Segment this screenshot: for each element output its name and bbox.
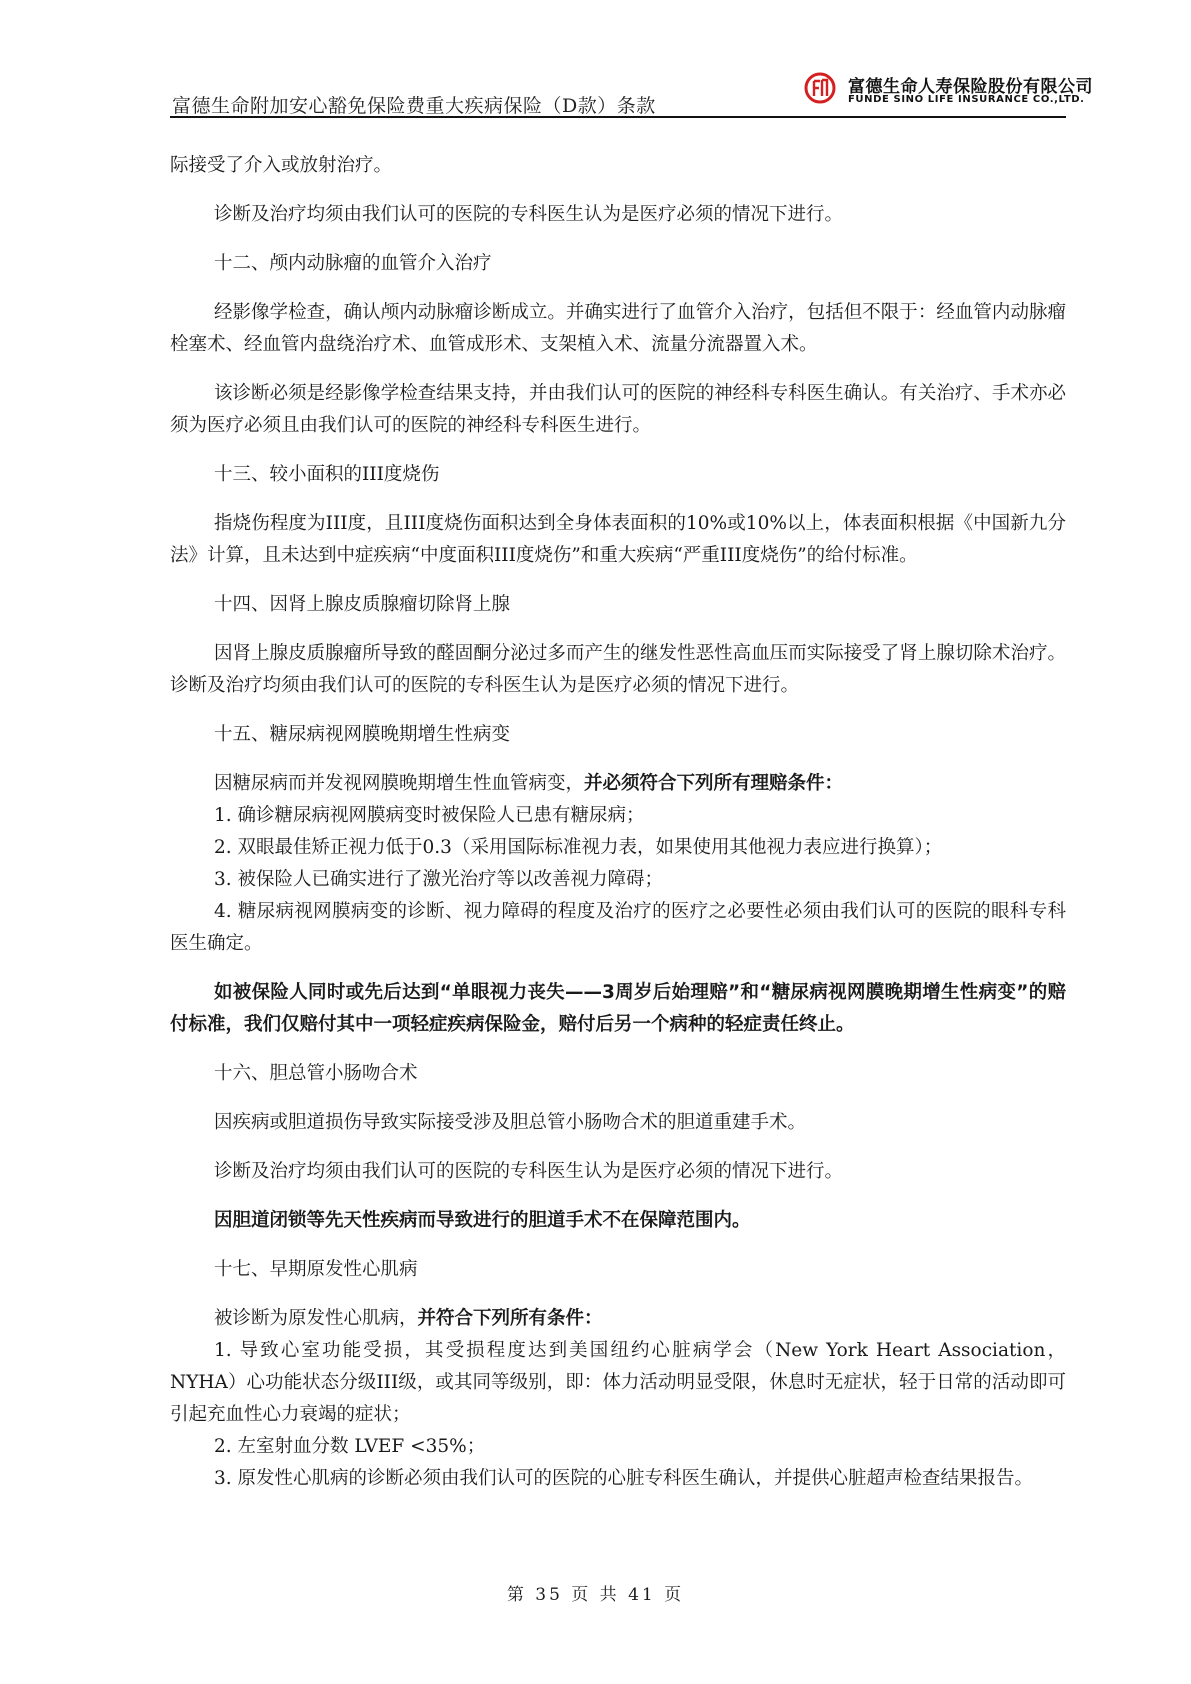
funde-logo-icon (804, 72, 836, 104)
list-item: 4. 糖尿病视网膜病变的诊断、视力障碍的程度及治疗的医疗之必要性必须由我们认可的… (170, 896, 1066, 960)
company-logo: 富德生命人寿保险股份有限公司 FUNDE SINO LIFE INSURANCE… (804, 72, 1066, 112)
section-heading-16: 十六、胆总管小肠吻合术 (170, 1058, 1066, 1090)
section-heading-15: 十五、糖尿病视网膜晚期增生性病变 (170, 719, 1066, 751)
paragraph: 因糖尿病而并发视网膜晚期增生性血管病变，并必须符合下列所有理赔条件： (170, 768, 1066, 800)
document-title: 富德生命附加安心豁免保险费重大疾病保险（D款）条款 (172, 91, 656, 118)
section-heading-12: 十二、颅内动脉瘤的血管介入治疗 (170, 248, 1066, 280)
paragraph: 该诊断必须是经影像学检查结果支持，并由我们认可的医院的神经科专科医生确认。有关治… (170, 378, 1066, 442)
section-heading-14: 十四、因肾上腺皮质腺瘤切除肾上腺 (170, 589, 1066, 621)
section-heading-17: 十七、早期原发性心肌病 (170, 1254, 1066, 1286)
header-divider (170, 116, 1066, 118)
bold-notice: 因胆道闭锁等先天性疾病而导致进行的胆道手术不在保障范围内。 (170, 1205, 1066, 1237)
paragraph-text: 因糖尿病而并发视网膜晚期增生性血管病变， (214, 773, 584, 794)
paragraph: 诊断及治疗均须由我们认可的医院的专科医生认为是医疗必须的情况下进行。 (170, 199, 1066, 231)
paragraph: 指烧伤程度为III度，且III度烧伤面积达到全身体表面积的10%或10%以上，体… (170, 508, 1066, 572)
paragraph: 经影像学检查，确认颅内动脉瘤诊断成立。并确实进行了血管介入治疗，包括但不限于：经… (170, 297, 1066, 361)
page-number: 第 35 页 共 41 页 (0, 1580, 1191, 1605)
list-item: 1. 导致心室功能受损，其受损程度达到美国纽约心脏病学会（New York He… (170, 1335, 1066, 1431)
page-header: 富德生命附加安心豁免保险费重大疾病保险（D款）条款 富德生命人寿保险股份有限公司… (170, 66, 1066, 120)
bold-condition-text: 并必须符合下列所有理赔条件： (584, 773, 843, 794)
bold-notice: 如被保险人同时或先后达到“单眼视力丧失——3周岁后始理赔”和“糖尿病视网膜晚期增… (170, 977, 1066, 1041)
paragraph-text: 被诊断为原发性心肌病， (214, 1308, 418, 1329)
list-item: 1. 确诊糖尿病视网膜病变时被保险人已患有糖尿病； (170, 800, 1066, 832)
list-item: 2. 左室射血分数 LVEF <35%； (170, 1431, 1066, 1463)
paragraph: 因疾病或胆道损伤导致实际接受涉及胆总管小肠吻合术的胆道重建手术。 (170, 1107, 1066, 1139)
paragraph: 被诊断为原发性心肌病，并符合下列所有条件： (170, 1303, 1066, 1335)
bold-condition-text: 并符合下列所有条件： (418, 1308, 603, 1329)
list-item: 2. 双眼最佳矫正视力低于0.3（采用国际标准视力表，如果使用其他视力表应进行换… (170, 832, 1066, 864)
document-body: 际接受了介入或放射治疗。 诊断及治疗均须由我们认可的医院的专科医生认为是医疗必须… (170, 150, 1066, 1495)
company-name-en: FUNDE SINO LIFE INSURANCE CO.,LTD. (848, 94, 1085, 105)
list-item: 3. 被保险人已确实进行了激光治疗等以改善视力障碍； (170, 864, 1066, 896)
section-heading-13: 十三、较小面积的III度烧伤 (170, 459, 1066, 491)
paragraph: 际接受了介入或放射治疗。 (170, 150, 1066, 182)
paragraph: 诊断及治疗均须由我们认可的医院的专科医生认为是医疗必须的情况下进行。 (170, 1156, 1066, 1188)
paragraph: 因肾上腺皮质腺瘤所导致的醛固酮分泌过多而产生的继发性恶性高血压而实际接受了肾上腺… (170, 638, 1066, 702)
list-item: 3. 原发性心肌病的诊断必须由我们认可的医院的心脏专科医生确认，并提供心脏超声检… (170, 1463, 1066, 1495)
